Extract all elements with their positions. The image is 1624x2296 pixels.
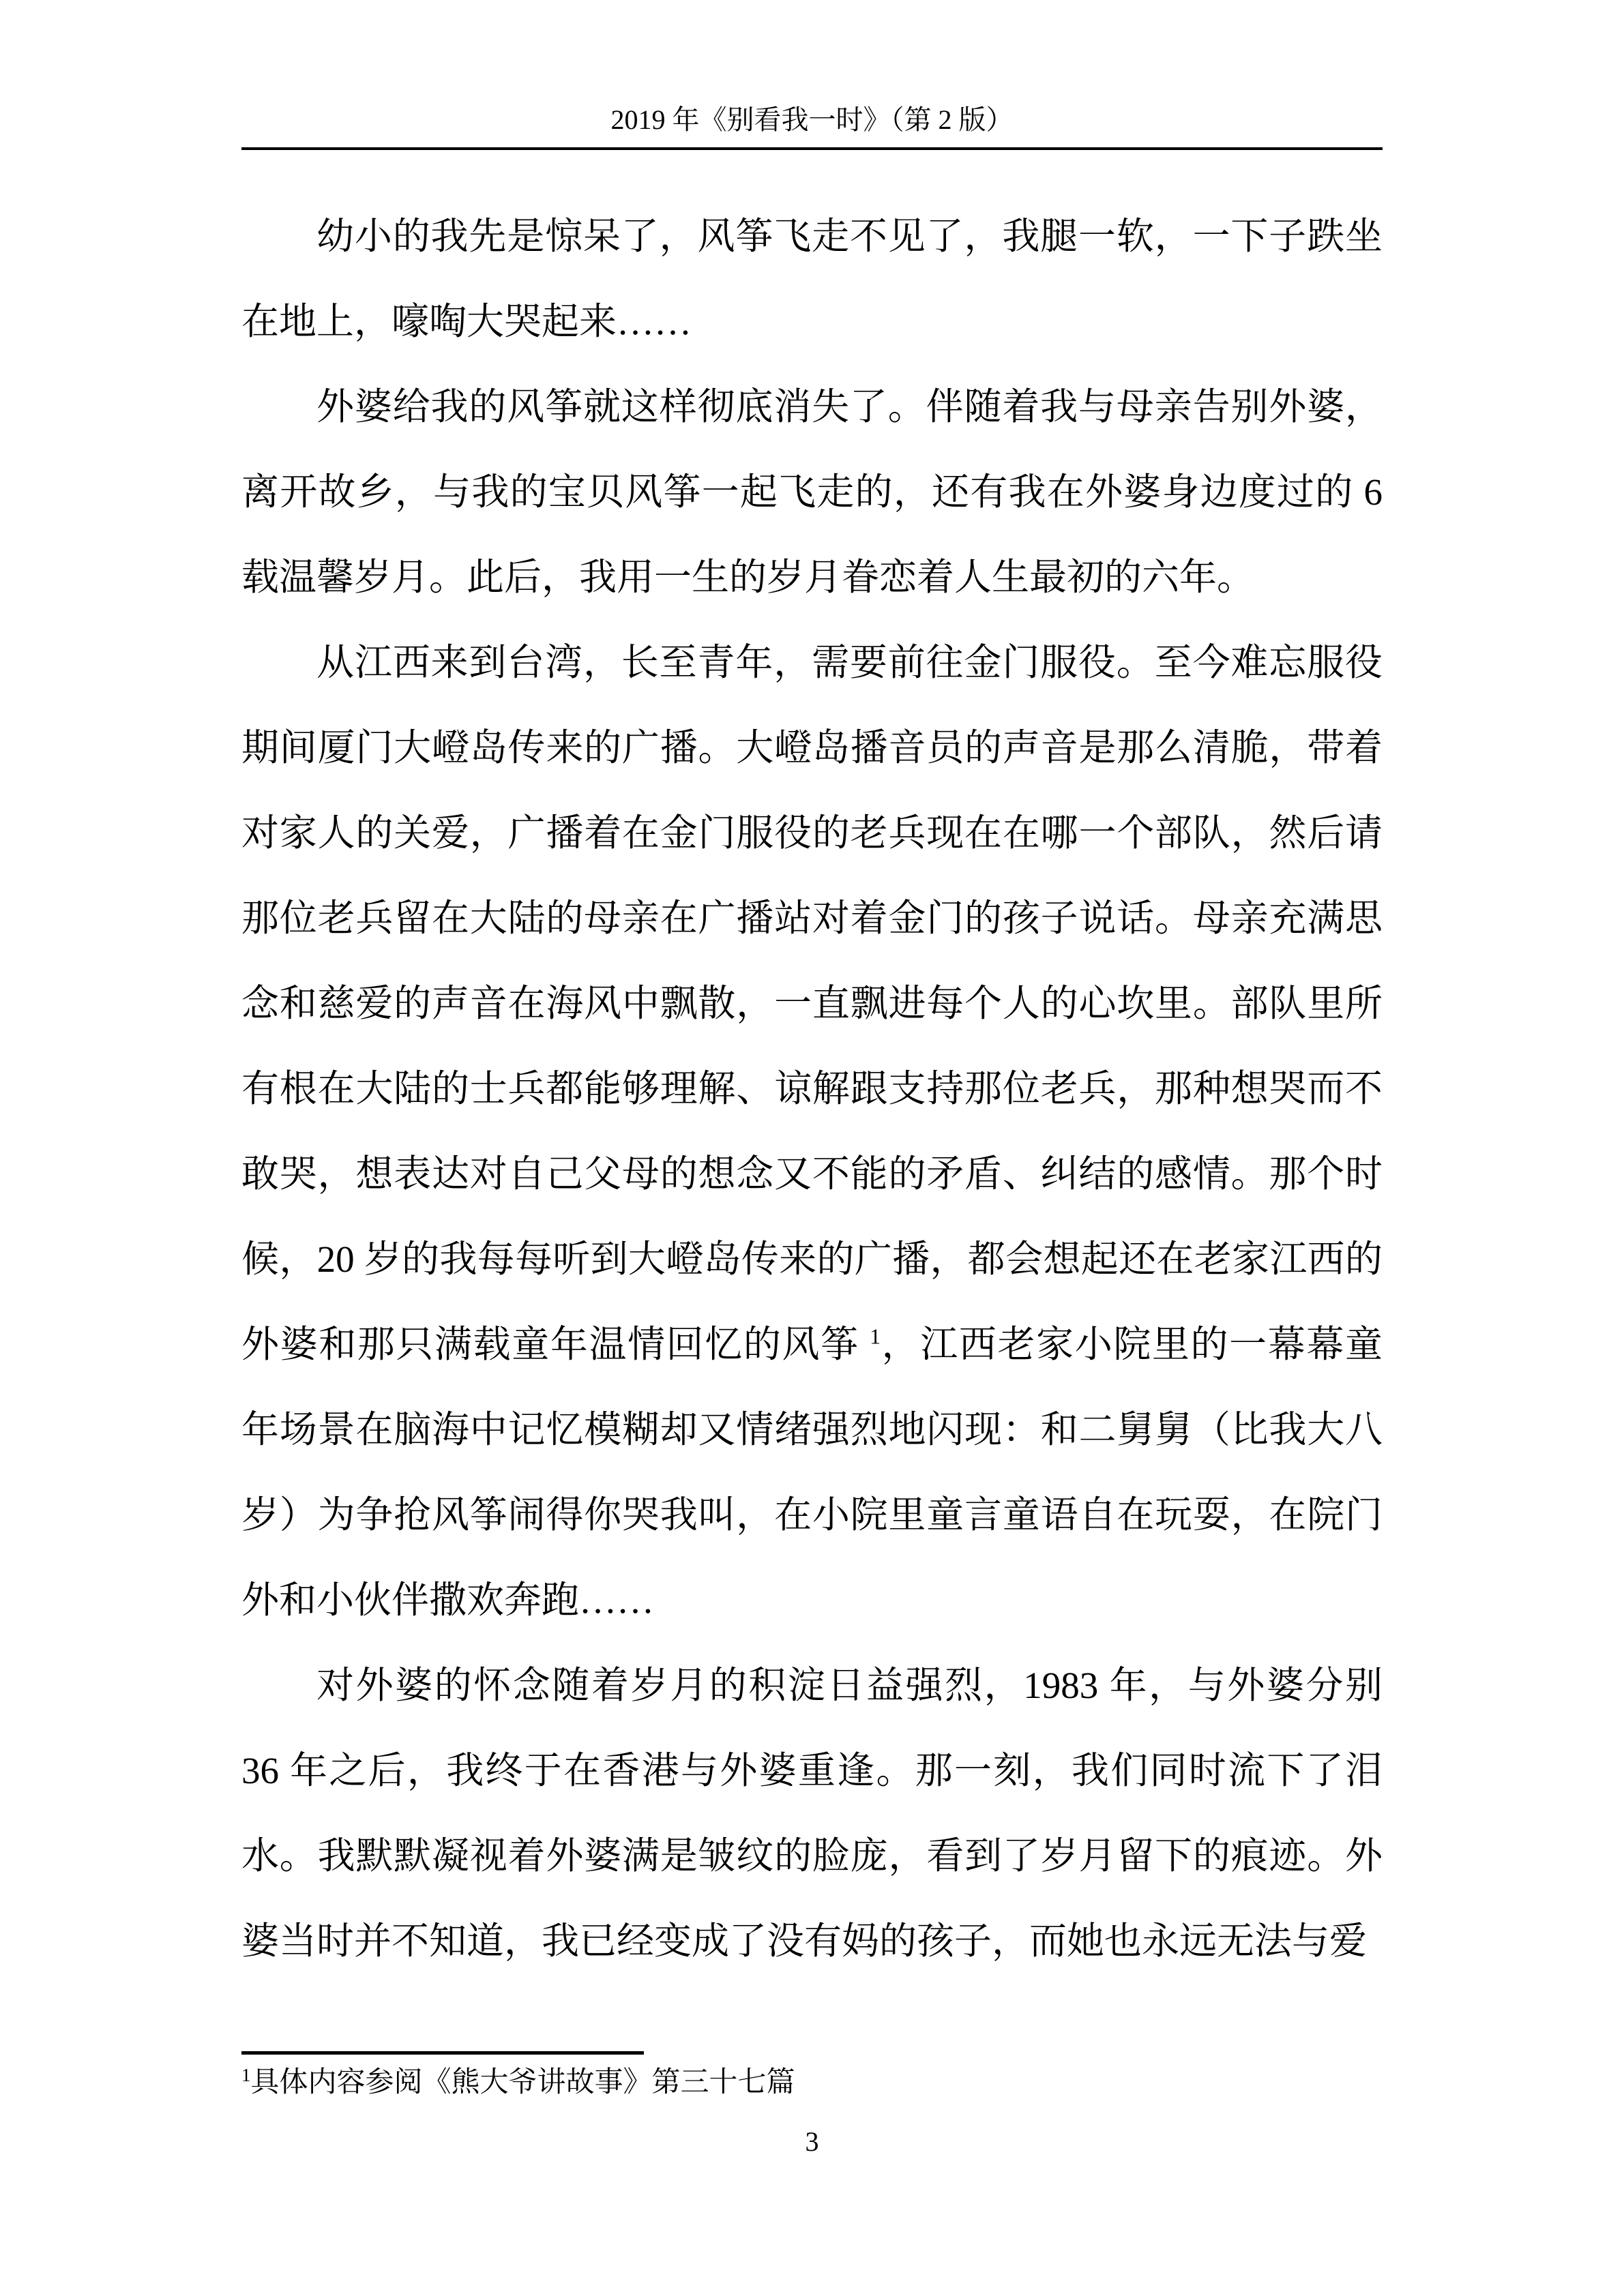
header-title: 2019 年《别看我一时》（第 2 版）: [611, 104, 1014, 135]
paragraph-1: 幼小的我先是惊呆了，风筝飞走不见了，我腿一软，一下子跌坐在地上，嚎啕大哭起来……: [241, 194, 1383, 364]
paragraph-3-text-before-ref: 从江西来到台湾，长至青年，需要前往金门服役。至今难忘服役期间厦门大嶝岛传来的广播…: [241, 642, 1383, 1365]
page-header: 2019 年《别看我一时》（第 2 版）: [241, 101, 1383, 150]
page-footer: 3: [0, 2125, 1624, 2159]
footnote: 1具体内容参阅《熊大爷讲故事》第三十七篇: [241, 2064, 1384, 2101]
footnote-text: 具体内容参阅《熊大爷讲故事》第三十七篇: [251, 2067, 795, 2098]
footnote-area: 1具体内容参阅《熊大爷讲故事》第三十七篇: [241, 2051, 1384, 2101]
page: 2019 年《别看我一时》（第 2 版） 幼小的我先是惊呆了，风筝飞走不见了，我…: [0, 0, 1624, 2296]
footnote-marker: 1: [241, 2065, 251, 2085]
page-number: 3: [806, 2126, 819, 2157]
paragraph-2: 外婆给我的风筝就这样彻底消失了。伴随着我与母亲告别外婆，离开故乡，与我的宝贝风筝…: [241, 364, 1383, 620]
footnote-reference: 1: [870, 1324, 881, 1349]
paragraph-4: 对外婆的怀念随着岁月的积淀日益强烈，1983 年，与外婆分别 36 年之后，我终…: [241, 1643, 1383, 1984]
document-page: { "colors": { "text": "#000000", "backgr…: [0, 0, 1624, 2296]
paragraph-3: 从江西来到台湾，长至青年，需要前往金门服役。至今难忘服役期间厦门大嶝岛传来的广播…: [241, 620, 1383, 1643]
document-body: 幼小的我先是惊呆了，风筝飞走不见了，我腿一软，一下子跌坐在地上，嚎啕大哭起来………: [241, 194, 1383, 1984]
paragraph-3-text-after-ref: ，江西老家小院里的一幕幕童年场景在脑海中记忆模糊却又情绪强烈地闪现：和二舅舅（比…: [241, 1324, 1383, 1621]
footnote-separator-rule: [241, 2051, 644, 2055]
